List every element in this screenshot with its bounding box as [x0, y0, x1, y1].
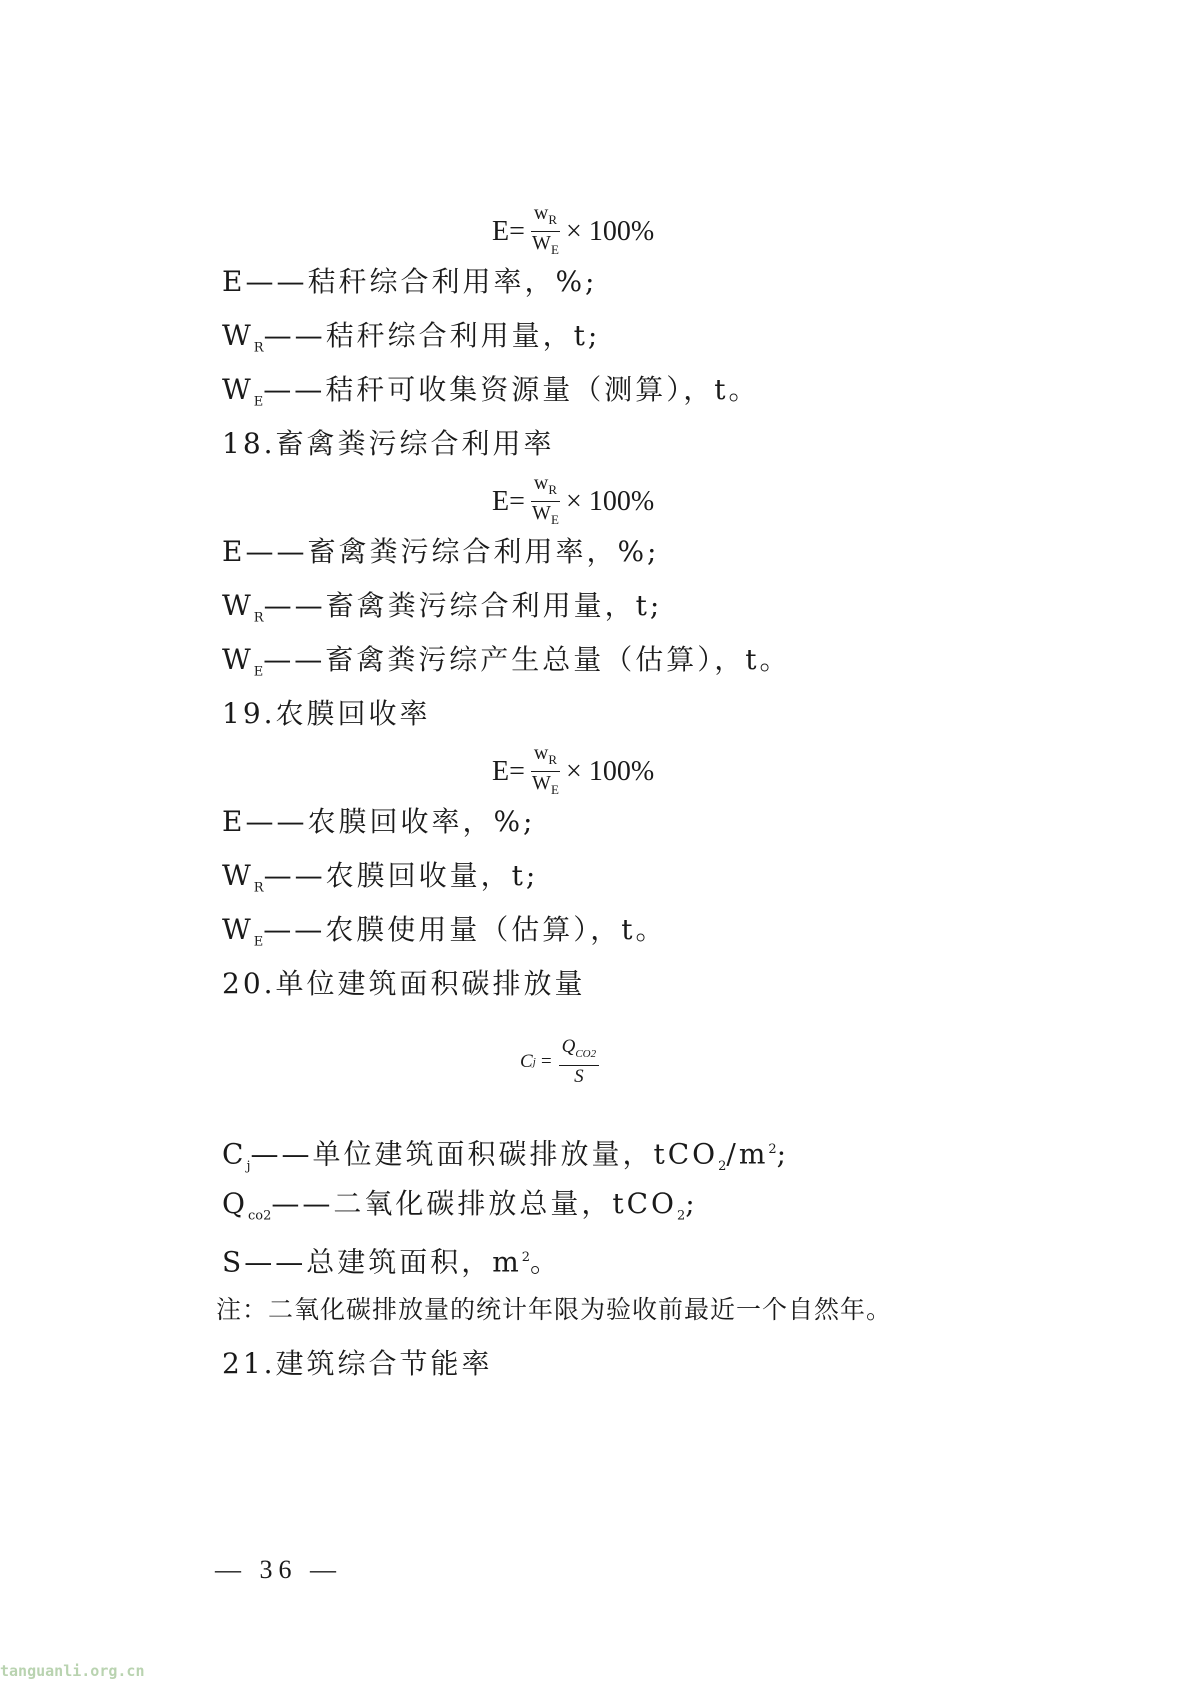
- definition-line: WE——秸秆可收集资源量（测算），t。: [222, 370, 760, 423]
- watermark: tanguanli.org.cn: [0, 1662, 145, 1680]
- page-number: — 36 —: [215, 1555, 342, 1585]
- definition-line: E——畜禽粪污综合利用率，%;: [222, 532, 660, 572]
- definition-line: WR——秸秆综合利用量，t;: [222, 316, 600, 369]
- section-heading: 18.畜禽粪污综合利用率: [222, 424, 555, 464]
- definition-line: WE——畜禽粪污综产生总量（估算），t。: [222, 640, 791, 693]
- definition-line: WR——农膜回收量，t;: [222, 856, 538, 909]
- definition-line: E——秸秆综合利用率，%;: [222, 262, 598, 302]
- definition-line: Qco2——二氧化碳排放总量，tCO2;: [222, 1184, 698, 1237]
- formula-film-recovery: E= wRWE × 100%: [492, 742, 654, 801]
- formula-lhs: E=: [492, 216, 525, 248]
- definition-line: E——农膜回收率，%;: [222, 802, 536, 842]
- note: 注：二氧化碳排放量的统计年限为验收前最近一个自然年。: [216, 1290, 892, 1330]
- formula-rhs: × 100%: [566, 216, 654, 248]
- formula-straw-utilization: E= wR WE × 100%: [492, 202, 654, 261]
- formula-carbon-per-area: Cj = QCO2S: [520, 1036, 605, 1088]
- definition-line: S——总建筑面积，m2。: [222, 1238, 561, 1282]
- section-heading: 21.建筑综合节能率: [222, 1344, 493, 1384]
- formula-manure-utilization: E= wRWE × 100%: [492, 472, 654, 531]
- definition-line: Cj——单位建筑面积碳排放量，tCO2/m2;: [222, 1130, 789, 1187]
- section-heading: 20.单位建筑面积碳排放量: [222, 964, 586, 1004]
- definition-line: WR——畜禽粪污综合利用量，t;: [222, 586, 662, 639]
- fraction: wR WE: [531, 202, 560, 261]
- definition-line: WE——农膜使用量（估算），t。: [222, 910, 667, 963]
- section-heading: 19.农膜回收率: [222, 694, 431, 734]
